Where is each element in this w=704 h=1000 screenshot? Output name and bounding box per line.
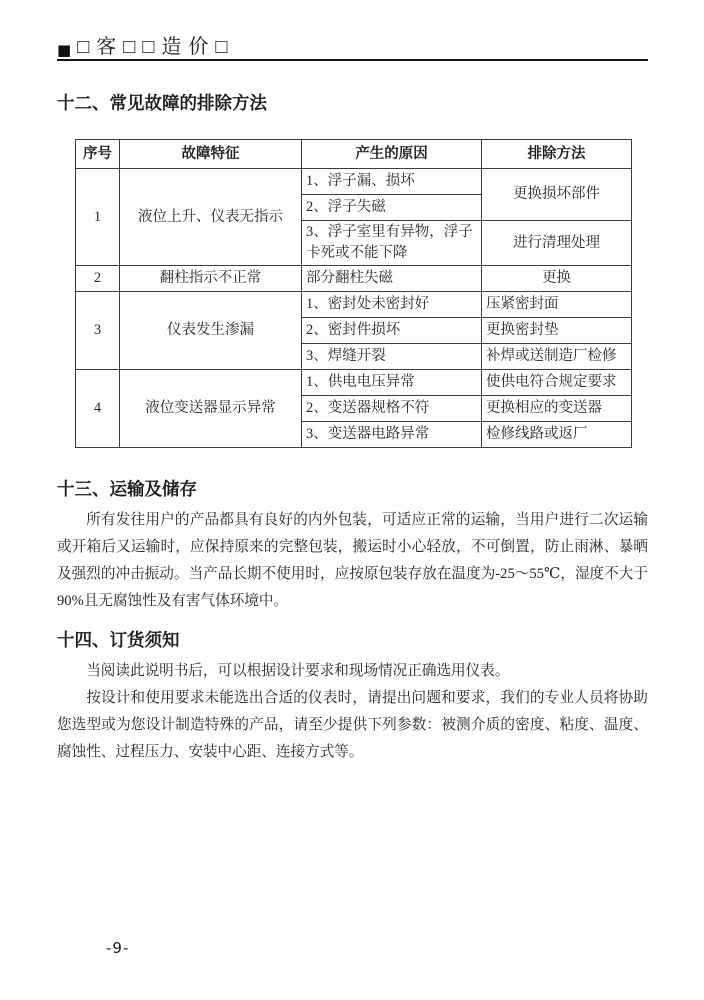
fault-cell: 翻柱指示不正常: [120, 266, 302, 292]
fault-table: 序号 故障特征 产生的原因 排除方法 1 液位上升、仪表无指示 1、浮子漏、损坏…: [75, 139, 632, 448]
logo-bullet-icon: ■: [57, 43, 71, 58]
row-number-cell: 2: [76, 266, 120, 292]
remedy-cell: 进行清理处理: [482, 221, 632, 266]
cause-cell: 3、变送器电路异常: [302, 422, 482, 448]
fault-cell: 仪表发生渗漏: [120, 292, 302, 370]
remedy-cell: 补焊或送制造厂检修: [482, 344, 632, 370]
cause-cell: 2、变送器规格不符: [302, 396, 482, 422]
column-header-fault: 故障特征: [120, 140, 302, 169]
table-header-row: 序号 故障特征 产生的原因 排除方法: [76, 140, 632, 169]
cause-cell: 3、浮子室里有异物，浮子卡死或不能下降: [302, 221, 482, 266]
table-row: 4 液位变送器显示异常 1、供电电压异常 使供电符合规定要求: [76, 370, 632, 396]
remedy-cell: 更换相应的变送器: [482, 396, 632, 422]
section-13-title: 十三、运输及储存: [57, 476, 648, 501]
fault-cell: 液位上升、仪表无指示: [120, 169, 302, 266]
fault-cell: 液位变送器显示异常: [120, 370, 302, 448]
document-page: ■ □客□□造价□ 十二、常见故障的排除方法 序号 故障特征 产生的原因 排除方…: [0, 0, 704, 1000]
header-logo-text: □客□□造价□: [77, 36, 234, 58]
remedy-cell: 检修线路或返厂: [482, 422, 632, 448]
cause-cell: 部分翻柱失磁: [302, 266, 482, 292]
remedy-cell: 更换密封垫: [482, 318, 632, 344]
cause-cell: 2、密封件损坏: [302, 318, 482, 344]
paragraph: 当阅读此说明书后，可以根据设计要求和现场情况正确选用仪表。: [57, 658, 648, 685]
paragraph: 所有发往用户的产品都具有良好的内外包装，可适应正常的运输，当用户进行二次运输或开…: [57, 507, 648, 615]
remedy-cell: 使供电符合规定要求: [482, 370, 632, 396]
section-14-body: 当阅读此说明书后，可以根据设计要求和现场情况正确选用仪表。 按设计和使用要求未能…: [57, 658, 648, 766]
cause-cell: 1、浮子漏、损坏: [302, 169, 482, 195]
section-12-title: 十二、常见故障的排除方法: [57, 90, 648, 115]
remedy-cell: 压紧密封面: [482, 292, 632, 318]
remedy-cell: 更换损坏部件: [482, 169, 632, 221]
row-number-cell: 3: [76, 292, 120, 370]
cause-cell: 1、供电电压异常: [302, 370, 482, 396]
column-header-no: 序号: [76, 140, 120, 169]
page-number: -9-: [106, 939, 129, 957]
row-number-cell: 1: [76, 169, 120, 266]
table-row: 3 仪表发生渗漏 1、密封处未密封好 压紧密封面: [76, 292, 632, 318]
cause-cell: 3、焊缝开裂: [302, 344, 482, 370]
column-header-remedy: 排除方法: [482, 140, 632, 169]
table-row: 1 液位上升、仪表无指示 1、浮子漏、损坏 更换损坏部件: [76, 169, 632, 195]
cause-cell: 1、密封处未密封好: [302, 292, 482, 318]
paragraph: 按设计和使用要求未能选出合适的仪表时，请提出问题和要求，我们的专业人员将协助您选…: [57, 685, 648, 766]
remedy-cell: 更换: [482, 266, 632, 292]
cause-cell: 2、浮子失磁: [302, 195, 482, 221]
column-header-cause: 产生的原因: [302, 140, 482, 169]
page-header: ■ □客□□造价□: [57, 36, 648, 61]
table-row: 2 翻柱指示不正常 部分翻柱失磁 更换: [76, 266, 632, 292]
section-14-title: 十四、订货须知: [57, 627, 648, 652]
row-number-cell: 4: [76, 370, 120, 448]
section-13-body: 所有发往用户的产品都具有良好的内外包装，可适应正常的运输，当用户进行二次运输或开…: [57, 507, 648, 615]
